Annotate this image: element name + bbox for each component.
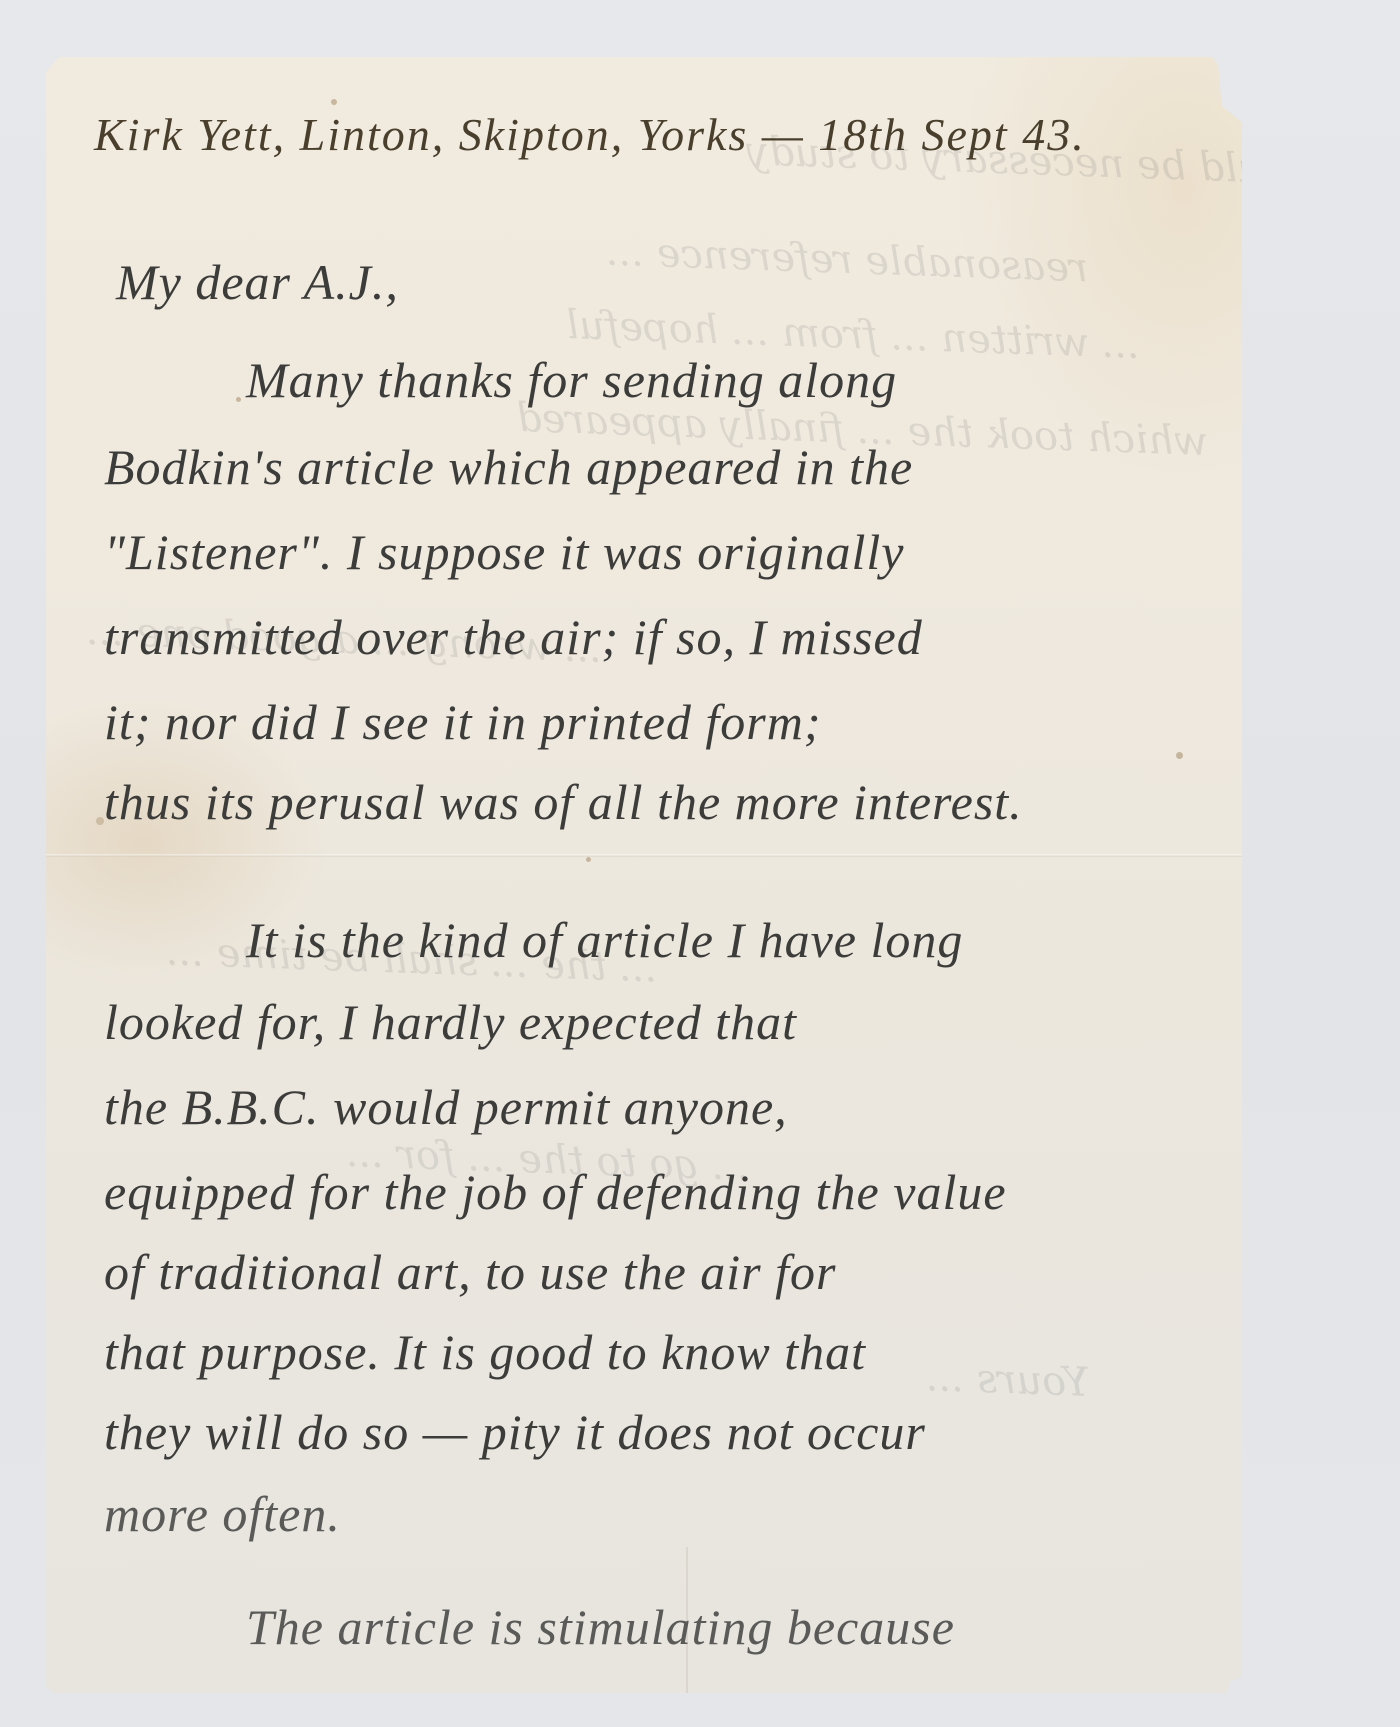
show-through-signature: ​	[132, 1587, 141, 1649]
letter-body-line: It is the kind of article I have long	[246, 915, 963, 965]
letter-body-line: Bodkin's article which appeared in the	[104, 442, 913, 492]
letter-body-line: of traditional art, to use the air for	[104, 1247, 836, 1297]
ink-spot	[1176, 752, 1183, 759]
letter-body-line: The article is stimulating because	[246, 1602, 955, 1652]
show-through-text: reasonable reference ...	[605, 229, 1089, 292]
horizontal-fold-crease	[46, 854, 1242, 857]
letter-body-line: thus its perusal was of all the more int…	[104, 777, 1023, 827]
letter-body-line: transmitted over the air; if so, I misse…	[104, 612, 923, 662]
letter-body-line: more often.	[104, 1489, 341, 1539]
address-date-line: Kirk Yett, Linton, Skipton, Yorks — 18th…	[94, 112, 1086, 158]
ink-spot	[331, 99, 337, 105]
show-through-text: Yours ...	[925, 1354, 1090, 1406]
letter-body-line: it; nor did I see it in printed form;	[104, 697, 822, 747]
ink-spot	[236, 397, 241, 402]
letter-body-line: equipped for the job of defending the va…	[104, 1167, 1007, 1217]
letter-body-line: they will do so — pity it does not occur	[104, 1407, 926, 1457]
letter-body-line: looked for, I hardly expected that	[104, 997, 797, 1047]
letter-body-line: the B.B.C. would permit anyone,	[104, 1082, 788, 1132]
salutation: My dear A.J.,	[116, 257, 399, 307]
letter-body-line: Many thanks for sending along	[246, 355, 897, 405]
letter-body-line: that purpose. It is good to know that	[104, 1327, 866, 1377]
letter-body-line: "Listener". I suppose it was originally	[104, 527, 904, 577]
foxing-spot	[96, 817, 104, 825]
ink-spot	[586, 857, 591, 862]
letter-paper: It would be necessary to study reasonabl…	[46, 57, 1242, 1693]
